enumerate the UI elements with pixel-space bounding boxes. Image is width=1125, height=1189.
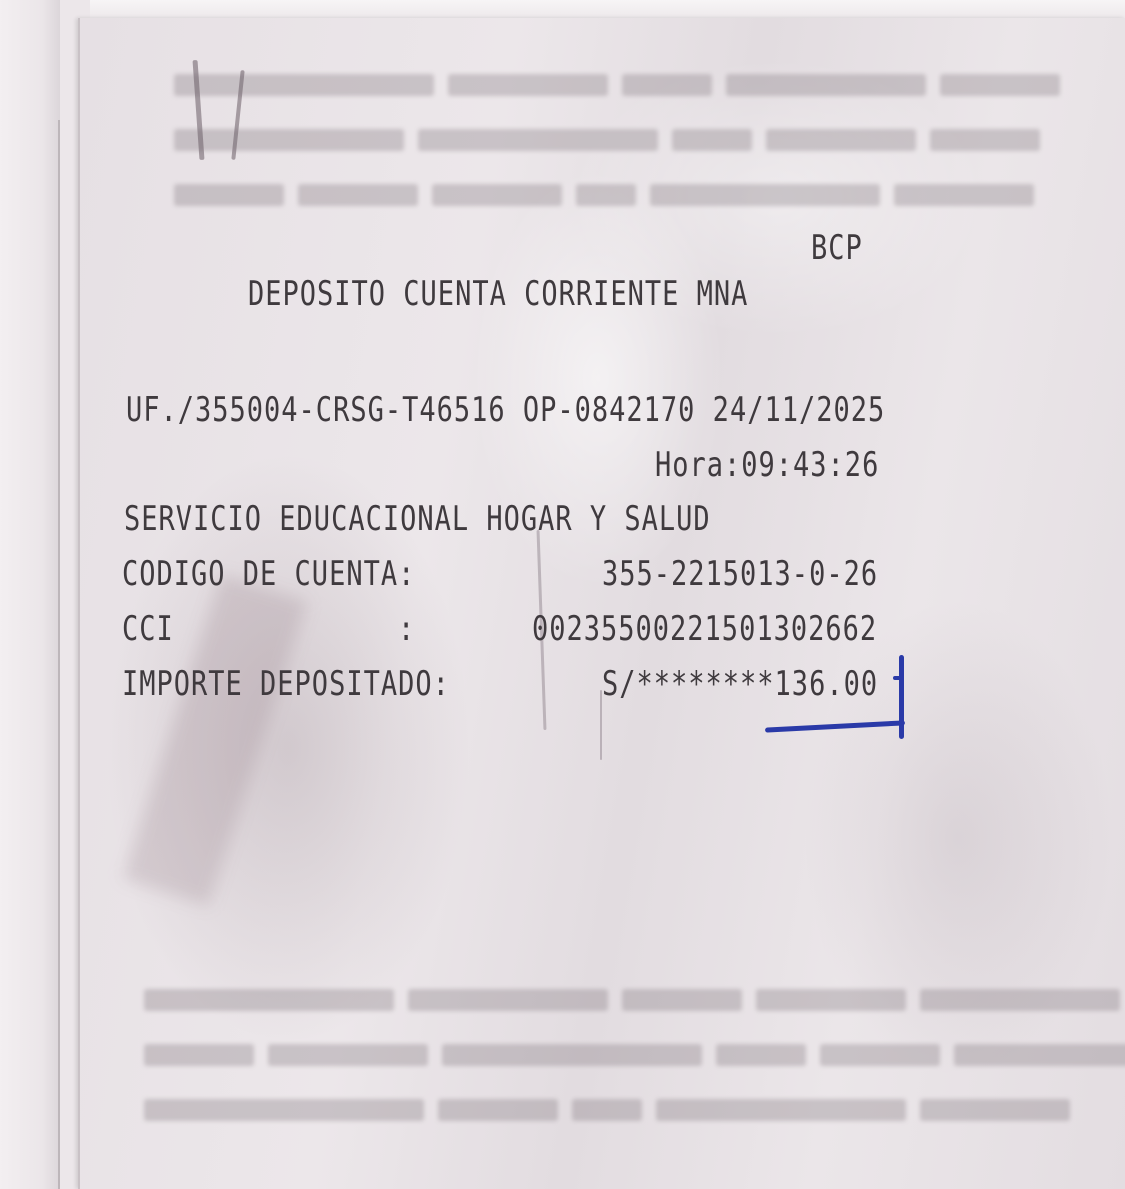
show-through-text [160,180,1034,214]
amount-label: IMPORTE DEPOSITADO: [122,665,450,704]
cci-separator: : [398,610,415,649]
show-through-text [160,125,1040,159]
backing-paper-edge [58,120,60,1189]
show-through-text [130,1040,1125,1074]
cci-value: 00235500221501302662 [532,610,877,649]
pen-check-mark [899,655,904,739]
transaction-title: DEPOSITO CUENTA CORRIENTE MNA [248,275,748,314]
account-code-value: 355-2215013-0-26 [602,555,878,594]
pen-tick-mark [893,676,901,680]
show-through-text [130,1095,1070,1129]
receipt-edge [78,18,80,1189]
amount-value: S/********136.00 [602,665,878,704]
show-through-text [160,70,1060,104]
bank-name: BCP [811,229,863,268]
backing-paper [0,0,60,1189]
transaction-reference: UF./355004-CRSG-T46516 OP-0842170 24/11/… [126,391,885,430]
account-code-label: CODIGO DE CUENTA: [122,555,415,594]
transaction-time: Hora:09:43:26 [655,446,879,485]
show-through-text [130,985,1120,1019]
cci-label: CCI [122,610,174,649]
account-holder: SERVICIO EDUCACIONAL HOGAR Y SALUD [124,500,711,539]
